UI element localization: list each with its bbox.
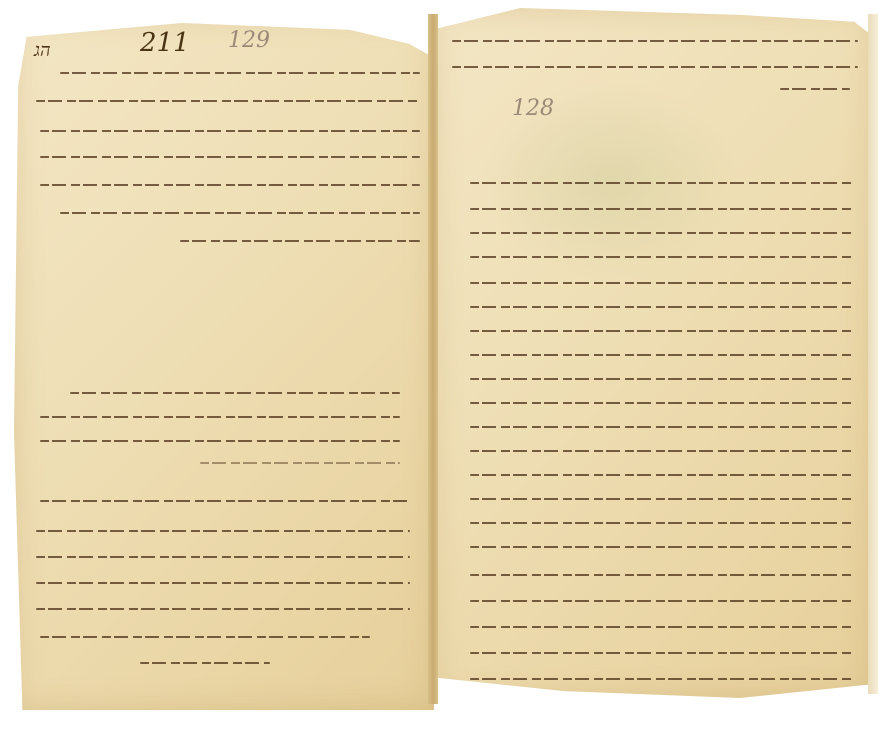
pencil-page-number-right: 128 [512,96,554,121]
corner-mark: הג [34,40,51,61]
book-gutter [428,14,438,704]
left-manuscript-page [14,16,434,710]
folio-number: 211 [140,28,190,58]
pencil-page-number-left: 129 [228,28,270,53]
page-edge-stack [868,14,878,694]
